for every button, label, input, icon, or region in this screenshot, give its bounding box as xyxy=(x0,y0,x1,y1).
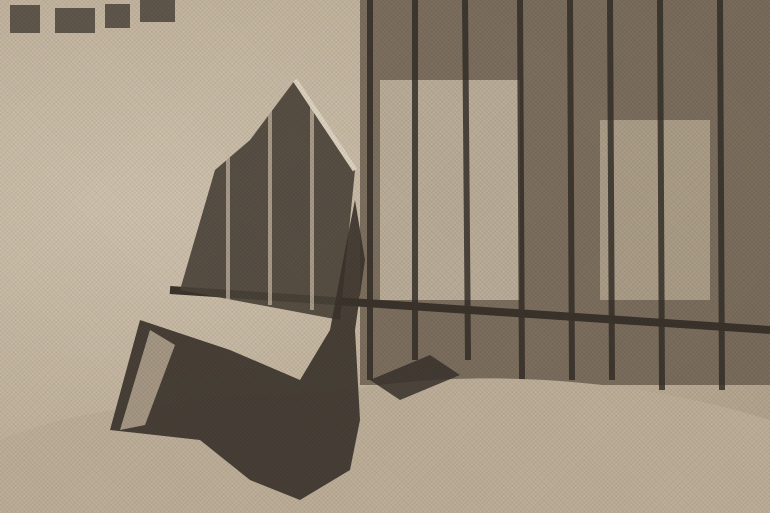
photo-scene xyxy=(0,0,770,513)
tilted-fence-panel xyxy=(180,80,355,320)
background-structure xyxy=(10,0,175,33)
newspaper-photo xyxy=(0,0,770,513)
snow-mound xyxy=(0,378,770,513)
